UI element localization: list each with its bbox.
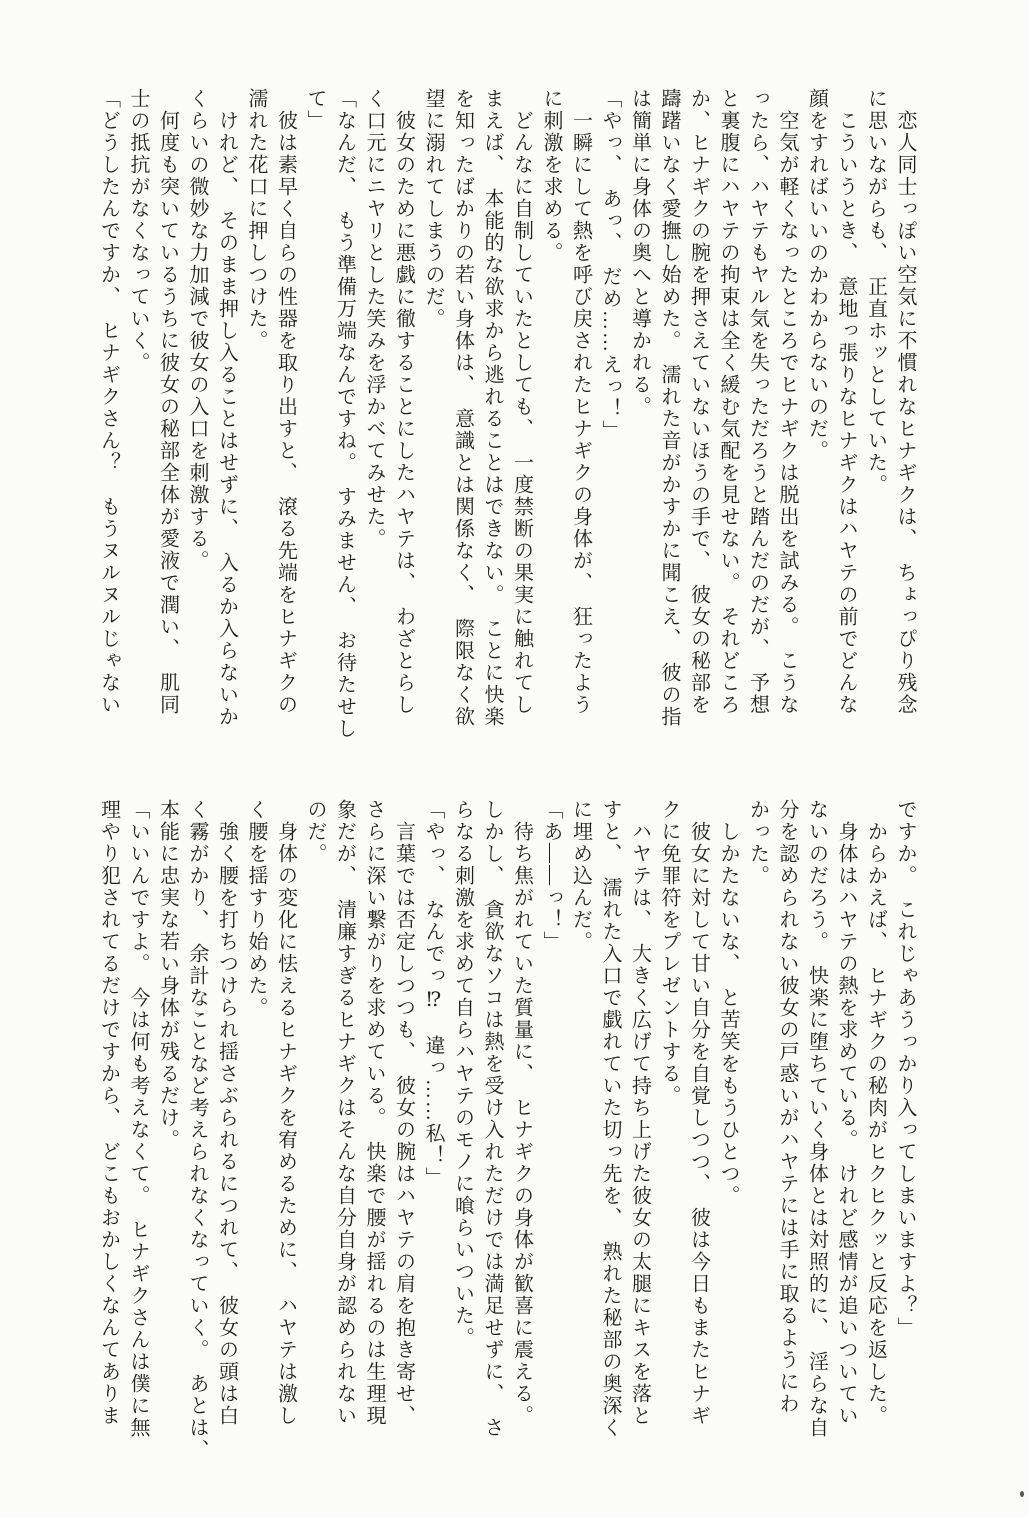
- text-column: 「やっ、 なんでっ⁉ 違っ……私！」: [418, 799, 448, 1504]
- text-column: て」: [300, 88, 330, 793]
- text-column: からかえば、 ヒナギクの秘肉がヒクヒクッと反応を返した。: [860, 799, 890, 1504]
- text-column: どんなに自制していたとしても、 一度禁断の果実に触れてし: [506, 88, 536, 793]
- text-column: しかし、 貪欲なソコは熱を受け入れただけでは満足せずに、 さ: [477, 799, 507, 1504]
- text-column: は簡単に身体の奥へと導かれる。: [624, 88, 654, 793]
- scan-speck: [1020, 1491, 1024, 1497]
- text-column: か、ヒナギクの腕を押さえていないほうの手で、 彼女の秘部を: [683, 88, 713, 793]
- text-column: に刺激を求める。: [536, 88, 566, 793]
- text-column: くらいの微妙な力加減で彼女の入口を刺激する。: [182, 88, 212, 793]
- text-column: ったら、ハヤテもヤル気を失っただろうと踏んだのだが、 予想: [742, 88, 772, 793]
- text-column: 分を認められない彼女の戸惑いがハヤテには手に取るようにわ: [772, 799, 802, 1504]
- text-column: と裏腹にハヤテの拘束は全く緩む気配を見せない。 それどころ: [713, 88, 743, 793]
- text-column: すと、 濡れた入口で戯れていた切っ先を、 熟れた秘部の奥深く: [595, 799, 625, 1504]
- text-column: さらに深い繋がりを求めている。 快楽で腰が揺れるのは生理現: [359, 799, 389, 1504]
- text-column: ハヤテは、 大きく広げて持ち上げた彼女の太腿にキスを落と: [624, 799, 654, 1504]
- text-column: 待ち焦がれていた質量に、 ヒナギクの身体が歓喜に震える。: [506, 799, 536, 1504]
- text-column: ないのだろう。 快楽に堕ちていく身体とは対照的に、 淫らな自: [801, 799, 831, 1504]
- text-column: しかたないな、 と苦笑をもうひとつ。: [713, 799, 743, 1504]
- text-column: 本能に忠実な若い身体が残るだけ。: [152, 799, 182, 1504]
- text-column: 恋人同士っぽい空気に不慣れなヒナギクは、 ちょっぴり残念: [890, 88, 920, 793]
- text-column: 彼女のために悪戯に徹することにしたハヤテは、 わざとらし: [388, 88, 418, 793]
- text-column: 身体の変化に怯えるヒナギクを宥めるために、 ハヤテは激し: [270, 799, 300, 1504]
- text-block-top: 恋人同士っぽい空気に不慣れなヒナギクは、 ちょっぴり残念に思いながらも、 正直ホ…: [93, 88, 919, 793]
- text-column: 「なんだ、 もう準備万端なんですね。 すみません、 お待たせし: [329, 88, 359, 793]
- text-column: 「いいんですよ。 今は何も考えなくて。 ヒナギクさんは僕に無: [123, 799, 153, 1504]
- text-column: 強く腰を打ちつけられ揺さぶられるにつれて、 彼女の頭は白: [211, 799, 241, 1504]
- text-column: 顔をすればいいのかわからないのだ。: [801, 88, 831, 793]
- text-column: 彼女に対して甘い自分を自覚しつつ、 彼は今日もまたヒナギ: [683, 799, 713, 1504]
- text-column: を知ったばかりの若い身体は、 意識とは関係なく、 際限なく欲: [447, 88, 477, 793]
- text-column: 空気が軽くなったところでヒナギクは脱出を試みる。 こうな: [772, 88, 802, 793]
- text-column: ですか。 これじゃあうっかり入ってしまいますよ？」: [890, 799, 920, 1504]
- novel-text-page: 恋人同士っぽい空気に不慣れなヒナギクは、 ちょっぴり残念に思いながらも、 正直ホ…: [0, 0, 1029, 1517]
- text-column: く口元にニヤリとした笑みを浮かべてみせた。: [359, 88, 389, 793]
- text-column: かった。: [742, 799, 772, 1504]
- text-column: に埋め込んだ。: [565, 799, 595, 1504]
- text-column: 躊躇いなく愛撫し始めた。 濡れた音がかすかに聞こえ、 彼の指: [654, 88, 684, 793]
- text-column: 何度も突いているうちに彼女の秘部全体が愛液で潤い、 肌同: [152, 88, 182, 793]
- text-column: まえば、 本能的な欲求から逃れることはできない。 ことに快楽: [477, 88, 507, 793]
- text-column: 「やっ、 あっ、 だめ……えっ！」: [595, 88, 625, 793]
- text-column: 言葉では否定しつつも、 彼女の腕はハヤテの肩を抱き寄せ、: [388, 799, 418, 1504]
- text-column: らなる刺激を求めて自らハヤテのモノに喰らいついた。: [447, 799, 477, 1504]
- text-block-bottom: ですか。 これじゃあうっかり入ってしまいますよ？」からかえば、 ヒナギクの秘肉が…: [93, 799, 919, 1504]
- text-column: に思いながらも、 正直ホッとしていた。: [860, 88, 890, 793]
- text-column: く腰を揺すり始めた。: [241, 799, 271, 1504]
- text-column: のだ。: [300, 799, 330, 1504]
- text-column: クに免罪符をプレゼントする。: [654, 799, 684, 1504]
- text-column: 彼は素早く自らの性器を取り出すと、 滾る先端をヒナギクの: [270, 88, 300, 793]
- text-column: 身体はハヤテの熱を求めている。 けれど感情が追いついてい: [831, 799, 861, 1504]
- text-column: 士の抵抗がなくなっていく。: [123, 88, 153, 793]
- text-column: 象だが、 清廉すぎるヒナギクはそんな自分自身が認められない: [329, 799, 359, 1504]
- text-column: けれど、 そのまま押し入ることはせずに、 入るか入らないか: [211, 88, 241, 793]
- text-column: 濡れた花口に押しつけた。: [241, 88, 271, 793]
- text-column: 望に溺れてしまうのだ。: [418, 88, 448, 793]
- text-column: こういうとき、 意地っ張りなヒナギクはハヤテの前でどんな: [831, 88, 861, 793]
- text-column: 「どうしたんですか、 ヒナギクさん？ もうヌルヌルじゃない: [93, 88, 123, 793]
- text-column: く霧がかり、 余計なことなど考えられなくなっていく。 あとは、: [182, 799, 212, 1504]
- text-column: 理やり犯されてるだけですから、 どこもおかしくなんてありま: [93, 799, 123, 1504]
- text-column: 一瞬にして熱を呼び戻されたヒナギクの身体が、 狂ったよう: [565, 88, 595, 793]
- text-column: 「あ――っ！」: [536, 799, 566, 1504]
